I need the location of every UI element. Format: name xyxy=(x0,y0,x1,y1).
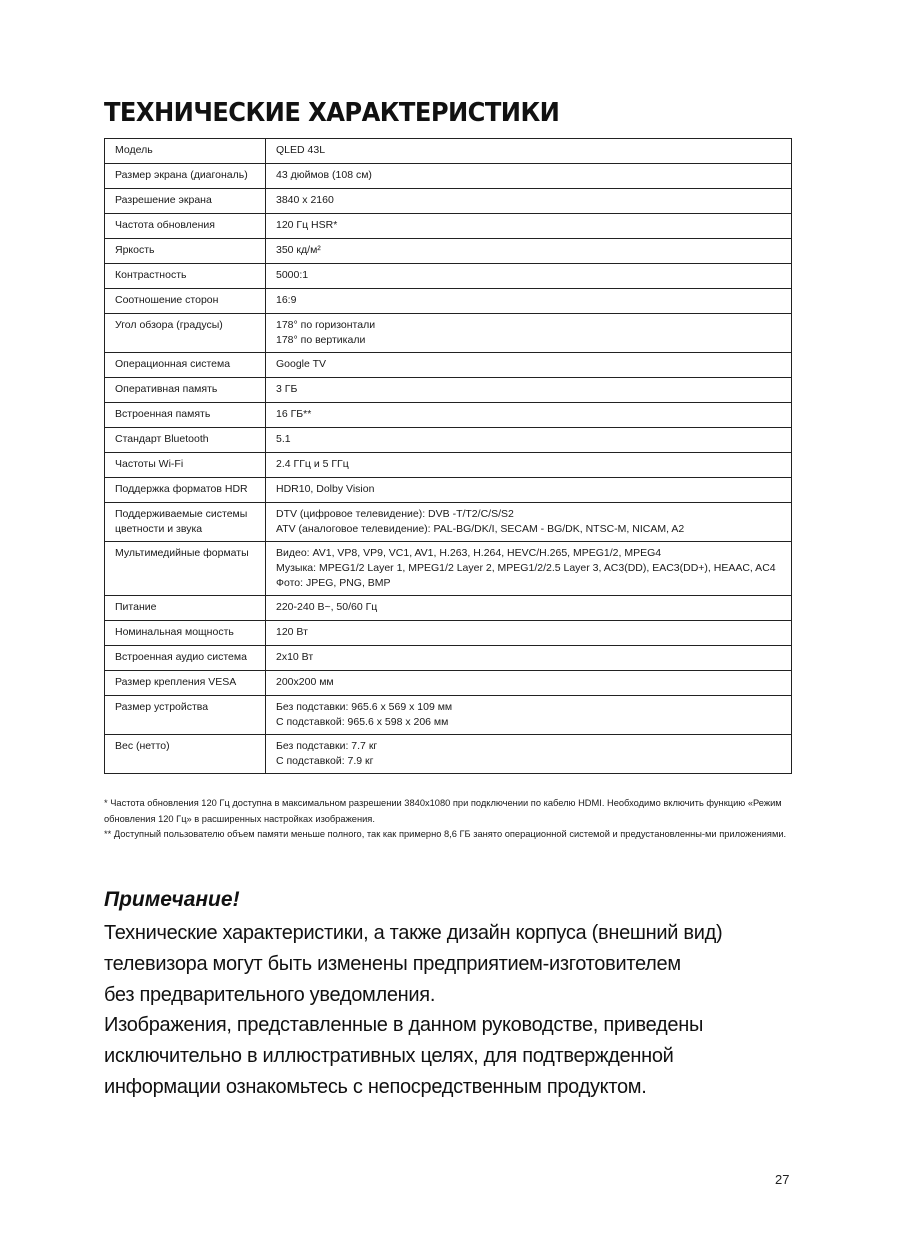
spec-value: 16 ГБ** xyxy=(266,403,792,428)
spec-value: 5.1 xyxy=(266,428,792,453)
spec-value-line: 5.1 xyxy=(276,432,781,447)
table-row: Номинальная мощность120 Вт xyxy=(105,621,792,646)
spec-value: 5000:1 xyxy=(266,264,792,289)
table-row: Контрастность5000:1 xyxy=(105,264,792,289)
spec-value: 2x10 Вт xyxy=(266,646,792,671)
spec-value: 2.4 ГГц и 5 ГГц xyxy=(266,453,792,478)
spec-label: Стандарт Bluetooth xyxy=(105,428,266,453)
spec-value-line: 2x10 Вт xyxy=(276,650,781,665)
specifications-table-body: МодельQLED 43LРазмер экрана (диагональ)4… xyxy=(105,139,792,774)
spec-value-line: 120 Гц HSR* xyxy=(276,218,781,233)
spec-label: Мультимедийные форматы xyxy=(105,542,266,596)
note-body: Технические характеристики, а также диза… xyxy=(104,918,804,1103)
spec-label: Вес (нетто) xyxy=(105,735,266,774)
spec-value: 178° по горизонтали178° по вертикали xyxy=(266,314,792,353)
spec-value: 220-240 В~, 50/60 Гц xyxy=(266,596,792,621)
specifications-table: МодельQLED 43LРазмер экрана (диагональ)4… xyxy=(104,138,792,774)
note-line: без предварительного уведомления. xyxy=(104,980,804,1011)
note-line: телевизора могут быть изменены предприят… xyxy=(104,949,804,980)
spec-label: Угол обзора (градусы) xyxy=(105,314,266,353)
spec-value: Google TV xyxy=(266,353,792,378)
table-row: Размер экрана (диагональ)43 дюймов (108 … xyxy=(105,164,792,189)
spec-value-line: HDR10, Dolby Vision xyxy=(276,482,781,497)
table-row: Яркость350 кд/м² xyxy=(105,239,792,264)
spec-label: Номинальная мощность xyxy=(105,621,266,646)
spec-value-line: Google TV xyxy=(276,357,781,372)
spec-label: Встроенная аудио система xyxy=(105,646,266,671)
table-row: Угол обзора (градусы)178° по горизонтали… xyxy=(105,314,792,353)
spec-value-line: Видео: AV1, VP8, VP9, VC1, AV1, H.263, H… xyxy=(276,546,781,561)
spec-label: Яркость xyxy=(105,239,266,264)
spec-label: Контрастность xyxy=(105,264,266,289)
note-line: Изображения, представленные в данном рук… xyxy=(104,1010,804,1041)
spec-value-line: Без подставки: 965.6 x 569 x 109 мм xyxy=(276,700,781,715)
footnote-refresh-rate: * Частота обновления 120 Гц доступна в м… xyxy=(104,796,796,827)
spec-value-line: 178° по горизонтали xyxy=(276,318,781,333)
spec-label: Операционная система xyxy=(105,353,266,378)
spec-value: Без подставки: 7.7 кгС подставкой: 7.9 к… xyxy=(266,735,792,774)
table-row: Размер устройстваБез подставки: 965.6 x … xyxy=(105,696,792,735)
spec-value-line: С подставкой: 7.9 кг xyxy=(276,754,781,769)
page-number: 27 xyxy=(775,1172,789,1187)
table-row: Мультимедийные форматыВидео: AV1, VP8, V… xyxy=(105,542,792,596)
spec-value: HDR10, Dolby Vision xyxy=(266,478,792,503)
table-row: Вес (нетто)Без подставки: 7.7 кгС подста… xyxy=(105,735,792,774)
spec-value-line: DTV (цифровое телевидение): DVB -T/T2/C/… xyxy=(276,507,781,522)
footnote-memory: ** Доступный пользователю объем памяти м… xyxy=(104,827,796,843)
table-row: Оперативная память3 ГБ xyxy=(105,378,792,403)
table-row: Встроенная память16 ГБ** xyxy=(105,403,792,428)
table-row: Поддержка форматов HDRHDR10, Dolby Visio… xyxy=(105,478,792,503)
spec-value: Видео: AV1, VP8, VP9, VC1, AV1, H.263, H… xyxy=(266,542,792,596)
spec-value-line: 120 Вт xyxy=(276,625,781,640)
note-line: информации ознакомьтесь с непосредственн… xyxy=(104,1072,804,1103)
spec-value-line: 5000:1 xyxy=(276,268,781,283)
spec-value: 3 ГБ xyxy=(266,378,792,403)
spec-label: Размер устройства xyxy=(105,696,266,735)
spec-label: Встроенная память xyxy=(105,403,266,428)
table-row: Поддерживаемые системы цветности и звука… xyxy=(105,503,792,542)
spec-value: DTV (цифровое телевидение): DVB -T/T2/C/… xyxy=(266,503,792,542)
table-row: Питание220-240 В~, 50/60 Гц xyxy=(105,596,792,621)
table-row: Стандарт Bluetooth5.1 xyxy=(105,428,792,453)
spec-value-line: Музыка: MPEG1/2 Layer 1, MPEG1/2 Layer 2… xyxy=(276,561,781,576)
spec-value-line: С подставкой: 965.6 x 598 x 206 мм xyxy=(276,715,781,730)
spec-value-line: 220-240 В~, 50/60 Гц xyxy=(276,600,781,615)
spec-value: 120 Вт xyxy=(266,621,792,646)
spec-value: 120 Гц HSR* xyxy=(266,214,792,239)
spec-label: Соотношение сторон xyxy=(105,289,266,314)
spec-label: Разрешение экрана xyxy=(105,189,266,214)
spec-label: Поддерживаемые системы цветности и звука xyxy=(105,503,266,542)
table-row: Размер крепления VESA200x200 мм xyxy=(105,671,792,696)
table-row: Операционная системаGoogle TV xyxy=(105,353,792,378)
spec-label: Частоты Wi-Fi xyxy=(105,453,266,478)
spec-value: 200x200 мм xyxy=(266,671,792,696)
spec-value-line: 200x200 мм xyxy=(276,675,781,690)
spec-value-line: 3840 x 2160 xyxy=(276,193,781,208)
table-row: Частоты Wi-Fi2.4 ГГц и 5 ГГц xyxy=(105,453,792,478)
spec-label: Питание xyxy=(105,596,266,621)
spec-value: 16:9 xyxy=(266,289,792,314)
table-row: МодельQLED 43L xyxy=(105,139,792,164)
table-row: Встроенная аудио система2x10 Вт xyxy=(105,646,792,671)
spec-value: 43 дюймов (108 см) xyxy=(266,164,792,189)
spec-label: Оперативная память xyxy=(105,378,266,403)
spec-label: Размер экрана (диагональ) xyxy=(105,164,266,189)
spec-value: 350 кд/м² xyxy=(266,239,792,264)
spec-value-line: 43 дюймов (108 см) xyxy=(276,168,781,183)
spec-label: Размер крепления VESA xyxy=(105,671,266,696)
note-line: Технические характеристики, а также диза… xyxy=(104,918,804,949)
spec-label: Частота обновления xyxy=(105,214,266,239)
note-heading: Примечание! xyxy=(104,888,240,912)
page-title: ТЕХНИЧЕСКИЕ ХАРАКТЕРИСТИКИ xyxy=(104,98,559,128)
spec-value-line: 3 ГБ xyxy=(276,382,781,397)
spec-value: QLED 43L xyxy=(266,139,792,164)
spec-value-line: Фото: JPEG, PNG, BMP xyxy=(276,576,781,591)
spec-value-line: ATV (аналоговое телевидение): PAL-BG/DK/… xyxy=(276,522,781,537)
spec-value-line: 2.4 ГГц и 5 ГГц xyxy=(276,457,781,472)
note-line: исключительно в иллюстративных целях, дл… xyxy=(104,1041,804,1072)
spec-label: Поддержка форматов HDR xyxy=(105,478,266,503)
table-row: Соотношение сторон16:9 xyxy=(105,289,792,314)
spec-value-line: Без подставки: 7.7 кг xyxy=(276,739,781,754)
spec-value: 3840 x 2160 xyxy=(266,189,792,214)
spec-value-line: QLED 43L xyxy=(276,143,781,158)
spec-value-line: 350 кд/м² xyxy=(276,243,781,258)
spec-value-line: 178° по вертикали xyxy=(276,333,781,348)
spec-label: Модель xyxy=(105,139,266,164)
footnotes: * Частота обновления 120 Гц доступна в м… xyxy=(104,796,796,843)
table-row: Частота обновления120 Гц HSR* xyxy=(105,214,792,239)
table-row: Разрешение экрана3840 x 2160 xyxy=(105,189,792,214)
spec-value-line: 16 ГБ** xyxy=(276,407,781,422)
spec-value: Без подставки: 965.6 x 569 x 109 ммС под… xyxy=(266,696,792,735)
spec-value-line: 16:9 xyxy=(276,293,781,308)
